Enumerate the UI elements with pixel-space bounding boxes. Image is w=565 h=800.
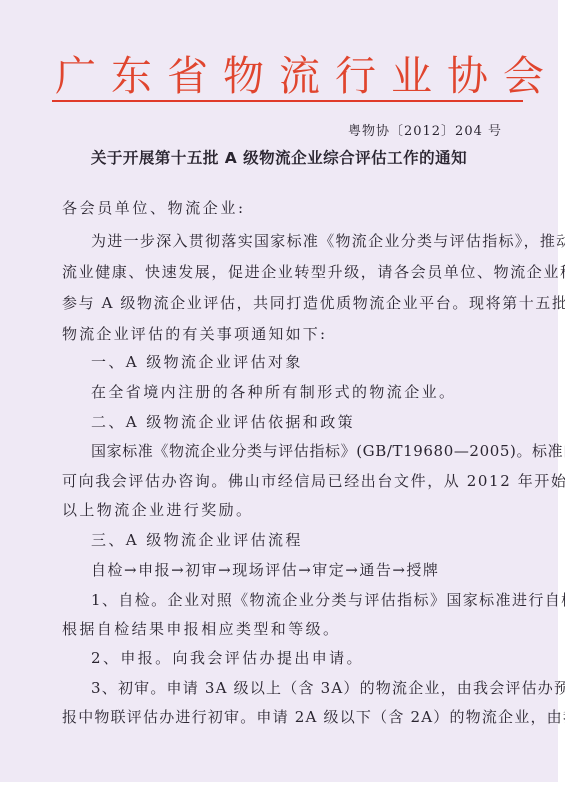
paragraph-line: 根据自检结果申报相应类型和等级。 (62, 619, 340, 639)
paragraph-line: 2、申报。向我会评估办提出申请。 (91, 648, 364, 668)
paragraph-line: 可向我会评估办咨询。佛山市经信局已经出台文件，从 2012 年开始对 3A (62, 471, 565, 491)
paragraph-line: 3、初审。申请 3A 级以上（含 3A）的物流企业，由我会评估办预审， (91, 678, 565, 698)
letterhead-red-rule (52, 100, 523, 102)
section-heading-1: 一、A 级物流企业评估对象 (91, 352, 303, 372)
paragraph-line: 为进一步深入贯彻落实国家标准《物流企业分类与评估指标》，推动物 (91, 231, 565, 251)
process-flow: 自检→申报→初审→现场评估→审定→通告→授牌 (91, 560, 439, 580)
document-number: 粤物协〔2012〕204 号 (348, 120, 502, 139)
letterhead-organization-name: 广东省物流行业协会 (55, 52, 525, 100)
paragraph-line: 流业健康、快速发展，促进企业转型升级，请各会员单位、物流企业积极 (62, 262, 565, 282)
paragraph-line: 在全省境内注册的各种所有制形式的物流企业。 (91, 382, 456, 402)
section-heading-3: 三、A 级物流企业评估流程 (91, 530, 303, 550)
salutation: 各会员单位、物流企业: (62, 198, 246, 218)
paragraph-line: 以上物流企业进行奖励。 (62, 500, 253, 520)
paragraph-line: 报中物联评估办进行初审。申请 2A 级以下（含 2A）的物流企业，由我会评 (62, 707, 565, 727)
section-heading-2: 二、A 级物流企业评估依据和政策 (91, 412, 355, 432)
paragraph-line: 国家标准《物流企业分类与评估指标》(GB/T19680—2005)。标准内容 (91, 441, 565, 461)
notice-title: 关于开展第十五批 A 级物流企业综合评估工作的通知 (0, 146, 558, 168)
scanned-document-page: 广东省物流行业协会 粤物协〔2012〕204 号 关于开展第十五批 A 级物流企… (0, 0, 558, 782)
paragraph-line: 物流企业评估的有关事项通知如下: (62, 324, 327, 344)
paragraph-line: 参与 A 级物流企业评估，共同打造优质物流企业平台。现将第十五批 A 级 (62, 293, 565, 313)
paragraph-line: 1、自检。企业对照《物流企业分类与评估指标》国家标准进行自检， (91, 590, 565, 610)
